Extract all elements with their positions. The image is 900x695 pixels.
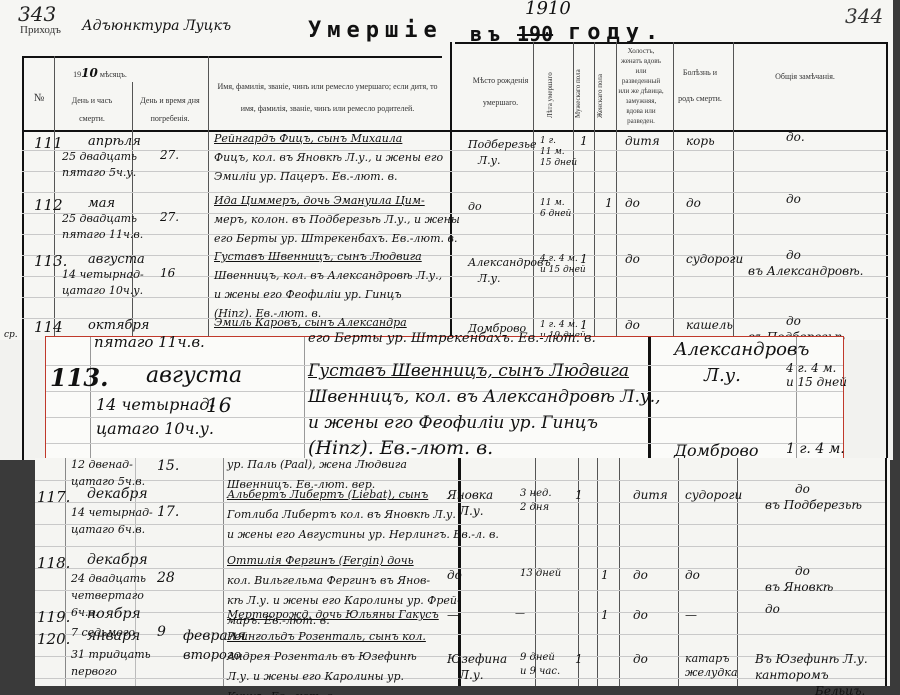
age: 3 нед. xyxy=(520,488,552,499)
deceased-name: и жены его Августины ур. Нерлингъ. Ев.-л… xyxy=(227,528,499,541)
col-status-header: Холостъ, женатъ вдовъ или разведенный ил… xyxy=(618,46,664,126)
ruled-line xyxy=(35,546,885,547)
age: 1 г. 4 м. xyxy=(540,320,578,330)
burial-day: 16 xyxy=(160,266,175,280)
age: и 15 дней xyxy=(540,265,586,275)
col-number-header: № xyxy=(28,92,50,104)
col-birthplace-header: Мѣсто рожденія умершаго. xyxy=(468,70,533,114)
record-number: 118. xyxy=(37,554,70,572)
overlay-age-line-1: 4 г. 4 м. xyxy=(786,361,836,375)
deceased-name: меръ, колон. въ Подберезьѣ Л.у., и жены xyxy=(214,213,460,226)
col-name-header: Имя, фамилія, званіе, чинъ или ремесло у… xyxy=(215,76,440,120)
remarks: въ Яновкѣ xyxy=(765,580,833,594)
marital-status: до xyxy=(633,608,648,622)
birthplace: Л.у. xyxy=(478,272,501,285)
col-rule xyxy=(733,42,734,340)
ruled-line xyxy=(35,612,885,613)
right-edge-rule xyxy=(885,458,887,686)
ruled-line xyxy=(22,171,888,172)
parish-value: Адъюнктура Луцкъ xyxy=(82,18,231,34)
deceased-name: его Берты ур. Штрекенбахъ. Ев.-лют. в. xyxy=(214,232,457,245)
col-death-day-header: День и часъ смерти. xyxy=(58,92,126,128)
cause-of-death: до xyxy=(686,196,701,210)
death-day: цатаго 10ч.у. xyxy=(62,284,143,297)
deceased-name: и жены его Феофиліи ур. Гинцъ xyxy=(214,288,402,301)
remarks: до xyxy=(786,314,801,328)
overlay-name-line-1: Густавъ Швенницъ, сынъ Людвига xyxy=(308,361,629,381)
marital-status: до xyxy=(633,568,648,582)
overlay-name-line-3: и жены его Феофиліи ур. Гинцъ xyxy=(308,413,598,433)
overlay-fragment-death: пятаго 11ч.в. xyxy=(94,333,205,351)
male-count: 1 xyxy=(575,488,583,502)
col-female-header: Женскаго пола xyxy=(596,58,604,118)
remarks: до xyxy=(795,564,810,578)
remarks: до xyxy=(795,482,810,496)
overlay-name-line-2: Швенницъ, кол. въ Александровѣ Л.у., xyxy=(308,387,661,407)
record-number: 114 xyxy=(34,318,63,336)
death-day: 25 двадцать xyxy=(62,212,137,225)
age: 4 г. 4 м. xyxy=(540,254,578,264)
right-edge-rule xyxy=(886,42,888,340)
death-day: 12 двенад- xyxy=(71,458,133,471)
deceased-name: Эмиліи ур. Пацеръ. Ев.-лют. в. xyxy=(214,170,398,183)
birthplace: Александровъ xyxy=(468,256,551,269)
spine-rule xyxy=(450,42,452,340)
col-rule xyxy=(304,337,305,465)
cause-of-death: корь xyxy=(686,134,715,148)
col-rule xyxy=(90,337,91,465)
record-number: 117. xyxy=(37,488,70,506)
age: 15 дней xyxy=(540,158,577,168)
ruled-line xyxy=(22,297,888,298)
death-month: января xyxy=(87,628,140,644)
deceased-name: кол. Вильгельма Фергинъ въ Янов- xyxy=(227,574,430,587)
col-rule xyxy=(533,42,534,340)
col-rule xyxy=(132,82,133,340)
cause-of-death: желудка xyxy=(685,666,738,679)
col-rule xyxy=(597,458,598,686)
age: 1 г. xyxy=(540,136,556,146)
page-number-right: 344 xyxy=(845,4,883,28)
overlay-age-line-2: и 15 дней xyxy=(786,375,847,389)
male-count: 1 xyxy=(575,652,583,666)
deceased-name: Готлиба Либертъ кол. въ Яновкѣ Л.у. xyxy=(227,508,456,521)
ruled-line xyxy=(35,590,885,591)
death-day: пятаго 11ч.в. xyxy=(62,228,143,241)
record-number: 112 xyxy=(34,196,63,214)
remarks: до xyxy=(765,602,780,616)
remarks: канторомъ xyxy=(755,668,829,682)
burial-day: 17. xyxy=(157,504,179,520)
death-day: цатаго 6ч.в. xyxy=(71,523,145,536)
age: 11 м. xyxy=(540,198,565,208)
age: 13 дней xyxy=(520,568,561,579)
header-top-rule-right xyxy=(455,42,888,44)
death-month: декабря xyxy=(87,552,148,568)
birthplace: Яновка xyxy=(447,488,493,502)
record-number: 111 xyxy=(34,134,63,152)
birthplace: до xyxy=(447,568,462,582)
col-rule xyxy=(594,42,595,340)
ruled-line xyxy=(22,318,888,319)
deceased-name: Куннъ. Ев.-лют. в. xyxy=(227,690,336,695)
ledger-spread-bottom: 12 двенад-цатаго 5ч.в.15.ур. Паль (Paal)… xyxy=(35,458,890,686)
burial-day: 27. xyxy=(160,148,179,162)
remarks: въ Александровѣ. xyxy=(748,264,863,278)
death-month: октября xyxy=(88,318,149,333)
cause-of-death: — xyxy=(685,608,697,622)
death-month: мая xyxy=(88,196,115,211)
remarks: Бельцъ. xyxy=(815,684,865,695)
age: 11 м. xyxy=(540,147,565,157)
male-count: 1 xyxy=(580,134,588,148)
deceased-name: Оттилія Фергинъ (Fergin) дочь xyxy=(227,554,414,567)
cause-of-death: до xyxy=(685,568,700,582)
page-margin-strip xyxy=(0,340,50,460)
female-count: 1 xyxy=(601,568,609,582)
death-month: апрѣля xyxy=(88,134,141,149)
overlay-death-line-1: 14 четырнад- xyxy=(96,395,215,414)
burial-day: 9 xyxy=(157,624,166,640)
col-male-header: Мужескаго пола xyxy=(574,58,582,118)
col-remarks-header: Общія замѣчанія. xyxy=(740,72,870,81)
burial-day: 27. xyxy=(160,210,179,224)
deceased-name: Рейнгардъ Фицъ, сынъ Михаила xyxy=(214,132,402,145)
col-age-header: Лѣта умершаго xyxy=(546,58,554,118)
death-day: четвертаго xyxy=(71,589,144,602)
cause-of-death: судороги xyxy=(686,252,743,266)
ledger-spread-top: 343 344 Приходъ Адъюнктура Луцкъ Умершіе… xyxy=(0,0,893,340)
col-burial-day-header: День и время дня погребенія. xyxy=(135,92,205,128)
overlay-burial: 16 xyxy=(206,393,231,417)
burial-day: 28 xyxy=(157,570,175,586)
death-day: 31 тридцать xyxy=(71,648,151,661)
birthplace: Л.у. xyxy=(459,504,484,518)
deceased-name: Густавъ Швенницъ, сынъ Людвига xyxy=(214,250,422,263)
death-month: ноября xyxy=(87,606,141,622)
cause-of-death: кашель xyxy=(686,318,733,332)
ruled-line xyxy=(35,502,885,503)
remarks: Въ Юзефинѣ Л.у. xyxy=(755,652,868,666)
overlay-record-number: 113. xyxy=(50,363,108,392)
death-day: первого xyxy=(71,665,117,678)
deceased-name: Ида Циммеръ, дочь Эмануила Цим- xyxy=(214,194,425,207)
female-count: 1 xyxy=(605,196,613,210)
birthplace: Юзефина xyxy=(447,652,507,666)
female-count: 1 xyxy=(601,608,609,622)
deceased-name: Андрея Розенталь въ Юзефинѣ xyxy=(227,650,417,663)
col-rule xyxy=(678,458,679,686)
age: 2 дня xyxy=(520,502,549,513)
overlay-name-line-4: (Hinz). Ев.-лют. в. xyxy=(308,437,493,459)
zoomed-record-overlay: пятаго 11ч.в. его Берты ур. Штрекенбахъ.… xyxy=(45,336,844,466)
header-top-rule xyxy=(22,56,442,58)
col-rule xyxy=(673,42,674,340)
deceased-name: Альбертъ Либертъ (Liebat), сынъ xyxy=(227,488,428,501)
ruled-line xyxy=(22,150,888,151)
ruled-line xyxy=(35,524,885,525)
page-number-left: 343 xyxy=(18,2,56,26)
record-number: 119. xyxy=(37,608,70,626)
burial-day: 15. xyxy=(157,458,179,474)
death-day: 14 четырнад- xyxy=(71,506,153,519)
marital-status: до xyxy=(633,652,648,666)
right-edge-rule xyxy=(886,340,888,460)
overlay-month: августа xyxy=(146,363,242,388)
overlay-birthplace-line-2: Л.у. xyxy=(704,365,741,386)
ruled-line xyxy=(35,480,885,481)
death-month: августа xyxy=(88,252,145,267)
marital-status: до xyxy=(625,252,640,266)
header-bottom-rule xyxy=(22,130,888,132)
birthplace: Подберезье xyxy=(468,138,536,151)
age: и 9 час. xyxy=(520,666,560,677)
record-number: 120. xyxy=(37,630,70,648)
marital-status: дитя xyxy=(625,134,660,148)
death-day: 14 четырнад- xyxy=(62,268,144,281)
cause-of-death: катаръ xyxy=(685,652,730,665)
remarks: до. xyxy=(786,130,805,144)
death-day: пятаго 5ч.у. xyxy=(62,166,136,179)
death-month: декабря xyxy=(87,486,148,502)
deceased-name: Л.у. и жены его Каролины ур. xyxy=(227,670,404,683)
deceased-name: Рейнгольдъ Розенталь, сынъ кол. xyxy=(227,630,426,643)
deceased-name: ур. Паль (Paal), жена Людвига xyxy=(227,458,407,471)
col-rule xyxy=(616,42,617,340)
deceased-name: Фицъ, кол. въ Яновкѣ Л.у., и жены его xyxy=(214,151,443,164)
col-rule xyxy=(619,458,620,686)
birthplace: Л.у. xyxy=(459,668,484,682)
remarks: до xyxy=(786,192,801,206)
ruled-line xyxy=(22,192,888,193)
parish-label: Приходъ xyxy=(20,24,61,36)
col-rule xyxy=(573,42,574,340)
title-left: Умершіе xyxy=(308,18,443,43)
marital-status: дитя xyxy=(633,488,668,502)
ruled-line xyxy=(22,255,888,256)
death-day: 25 двадцать xyxy=(62,150,137,163)
col-rule xyxy=(22,340,24,460)
remarks: до xyxy=(786,248,801,262)
cause-of-death: судороги xyxy=(685,488,742,502)
col-month-header: 1910 мѣсяцъ. xyxy=(60,66,140,80)
overlay-fragment-age: 1 г. 4 м. xyxy=(786,441,845,457)
birthplace: до xyxy=(468,200,482,213)
marital-status: до xyxy=(625,196,640,210)
page-right-strip xyxy=(842,340,893,460)
age: 6 дней xyxy=(540,209,571,219)
overlay-death-line-2: цатаго 10ч.у. xyxy=(96,419,214,438)
deceased-name: кѣ Л.у. и жены его Каролины ур. Фрей- xyxy=(227,594,461,607)
col-cause-header: Болѣзнь и родъ смерти. xyxy=(675,60,725,112)
marital-status: до xyxy=(625,318,640,332)
birthplace: Л.у. xyxy=(478,154,501,167)
male-count: 1 xyxy=(580,318,588,332)
male-count: 1 xyxy=(580,252,588,266)
deceased-name: Эмиль Каровъ, сынъ Александра xyxy=(214,316,407,329)
overlay-fragment-name: его Берты ур. Штрекенбахъ. Ев.-лют. в. xyxy=(308,331,596,346)
death-day: 24 двадцать xyxy=(71,572,146,585)
age: 9 дней xyxy=(520,652,555,663)
birthplace: — xyxy=(447,608,459,622)
deceased-name: Швенницъ, кол. въ Александровѣ Л.у., xyxy=(214,269,442,282)
remarks: въ Подберезьѣ xyxy=(765,498,862,512)
year-written: 1910 xyxy=(525,0,571,19)
age: — xyxy=(515,608,525,619)
overlay-birthplace-line-1: Александровъ xyxy=(674,339,809,360)
deceased-name: Мертворожд. дочь Юльяны Гакусъ xyxy=(227,608,439,621)
